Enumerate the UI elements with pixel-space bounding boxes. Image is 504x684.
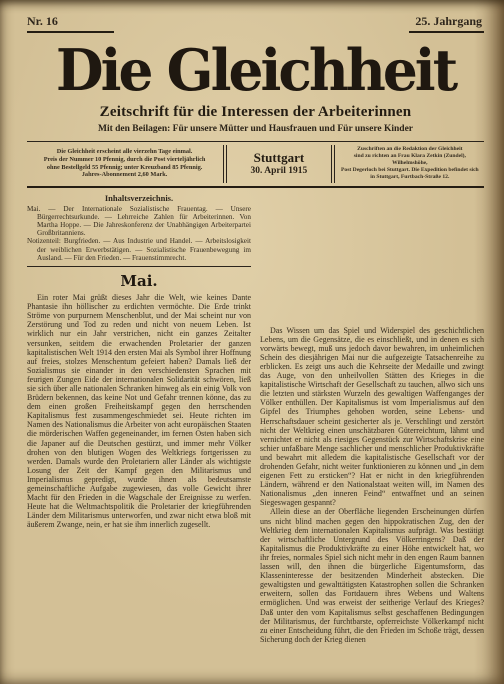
table-of-contents: Inhaltsverzeichnis. Mai. — Der Internati… xyxy=(27,193,251,267)
left-column: Inhaltsverzeichnis. Mai. — Der Internati… xyxy=(27,192,251,644)
editorial-line: sind zu richten an Frau Klara Zetkin (Zu… xyxy=(339,153,481,167)
editorial-line: in Stuttgart, Furtbach-Straße 12. xyxy=(339,174,481,181)
vertical-divider xyxy=(223,145,227,183)
editorial-line: Zuschriften an die Redaktion der Gleichh… xyxy=(339,146,481,153)
subscription-info-box: Die Gleichheit erscheint alle vierzehn T… xyxy=(27,145,222,183)
editorial-line: Post Degerloch bei Stuttgart. Die Expedi… xyxy=(339,167,481,174)
page-content: Nr. 16 25. Jahrgang Die Gleichheit Zeits… xyxy=(0,0,504,644)
toc-heading: Inhaltsverzeichnis. xyxy=(27,193,251,203)
right-column: Das Wissen um das Spiel und Widerspiel d… xyxy=(260,192,484,644)
issue-number: Nr. 16 xyxy=(27,14,114,33)
publication-date: 30. April 1915 xyxy=(230,165,328,177)
toc-entry: Notizenteil: Burgfrieden. — Aus Industri… xyxy=(27,237,251,262)
journal-subtitle: Zeitschrift für die Interessen der Arbei… xyxy=(27,103,484,121)
supplements-line: Mit den Beilagen: Für unsere Mütter und … xyxy=(27,124,484,134)
issue-row: Nr. 16 25. Jahrgang xyxy=(27,14,484,33)
two-column-body: Inhaltsverzeichnis. Mai. — Der Internati… xyxy=(27,192,484,644)
subscription-line: Preis der Nummer 10 Pfennig, durch die P… xyxy=(31,156,218,164)
masthead-info-bar: Die Gleichheit erscheint alle vierzehn T… xyxy=(27,141,484,188)
place-date-box: Stuttgart 30. April 1915 xyxy=(228,145,330,183)
toc-entry: Mai. — Der Internationale Sozialistische… xyxy=(27,205,251,238)
subscription-line: Jahres-Abonnement 2,60 Mark. xyxy=(31,171,218,179)
subscription-line: ohne Bestellgeld 55 Pfennig; unter Kreuz… xyxy=(31,164,218,172)
vertical-divider xyxy=(331,145,335,183)
volume-label: 25. Jahrgang xyxy=(409,14,484,33)
scanned-journal-page: Nr. 16 25. Jahrgang Die Gleichheit Zeits… xyxy=(0,0,504,684)
article-paragraph: Allein diese an der Oberfläche liegenden… xyxy=(260,507,484,643)
article-title: Mai. xyxy=(27,272,251,290)
journal-title: Die Gleichheit xyxy=(27,38,484,102)
article-paragraph: Das Wissen um das Spiel und Widerspiel d… xyxy=(260,326,484,508)
subscription-line: Die Gleichheit erscheint alle vierzehn T… xyxy=(31,148,218,156)
article-paragraph: Ein roter Mai grüßt dieses Jahr die Welt… xyxy=(27,293,251,529)
editorial-address-box: Zuschriften an die Redaktion der Gleichh… xyxy=(336,145,484,183)
publication-city: Stuttgart xyxy=(230,151,328,165)
